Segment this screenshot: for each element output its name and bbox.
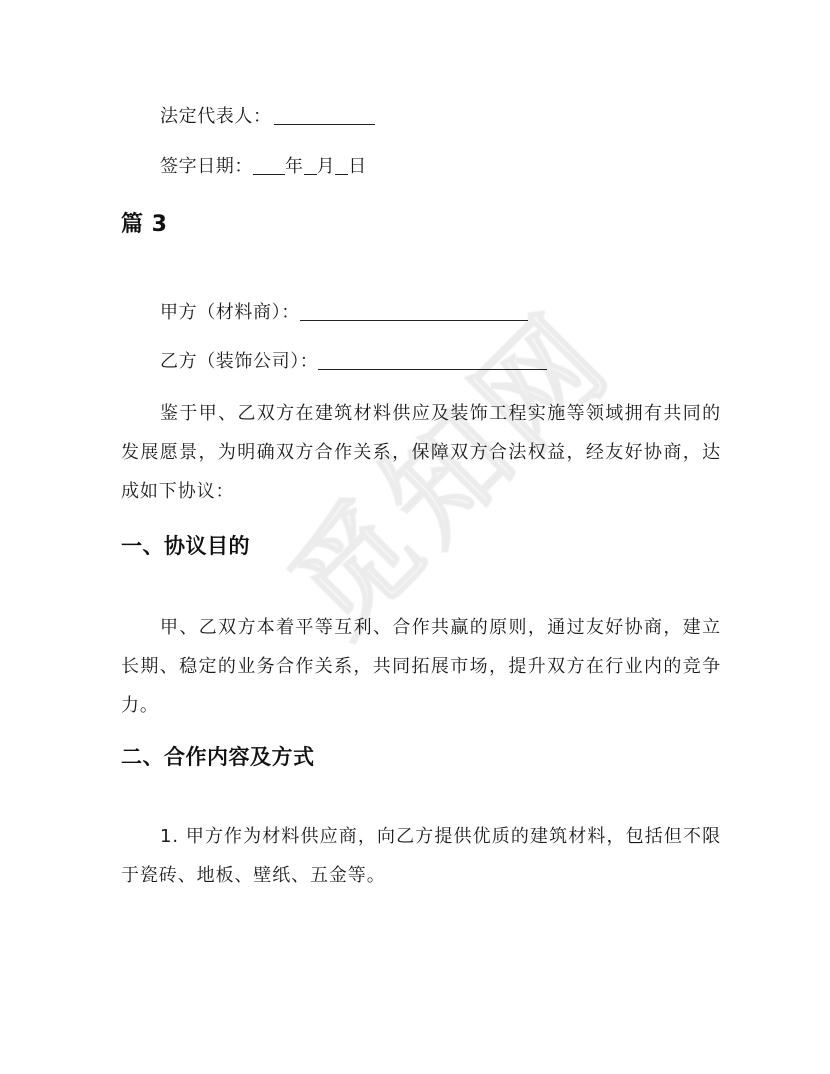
legal-representative-label: 法定代表人： — [160, 106, 272, 127]
party-a-line: 甲方（材料商）： — [160, 301, 760, 325]
party-b-line: 乙方（装饰公司）： — [160, 350, 760, 374]
section-heading-cooperation: 二、合作内容及方式 — [121, 743, 315, 771]
month-label: 月 — [317, 156, 336, 177]
day-blank — [335, 156, 348, 175]
section-title: 篇 3 — [121, 211, 167, 239]
section-heading-purpose: 一、协议目的 — [121, 532, 250, 560]
party-b-label: 乙方（装饰公司）： — [160, 351, 318, 372]
preamble-paragraph: 鉴于甲、乙双方在建筑材料供应及装饰工程实施等领域拥有共同的发展愿景，为明确双方合… — [121, 394, 721, 511]
party-b-blank — [318, 351, 547, 370]
sign-date-label: 签字日期： — [160, 156, 253, 177]
purpose-paragraph: 甲、乙双方本着平等互利、合作共赢的原则，通过友好协商，建立长期、稳定的业务合作关… — [121, 608, 721, 725]
party-a-blank — [300, 302, 528, 321]
day-label: 日 — [348, 156, 367, 177]
legal-representative-blank — [274, 106, 375, 125]
legal-representative-line: 法定代表人： — [160, 105, 760, 129]
sign-date-line: 签字日期：年月日 — [160, 155, 760, 179]
year-blank — [253, 156, 285, 175]
year-label: 年 — [285, 156, 304, 177]
document-page: 觅知网 法定代表人： 签字日期：年月日 篇 3 甲方（材料商）： 乙方（装饰公司… — [0, 0, 830, 1074]
cooperation-item-1: 1. 甲方作为材料供应商，向乙方提供优质的建筑材料，包括但不限于瓷砖、地板、壁纸… — [121, 817, 721, 895]
month-blank — [304, 156, 317, 175]
party-a-label: 甲方（材料商）： — [160, 302, 300, 323]
